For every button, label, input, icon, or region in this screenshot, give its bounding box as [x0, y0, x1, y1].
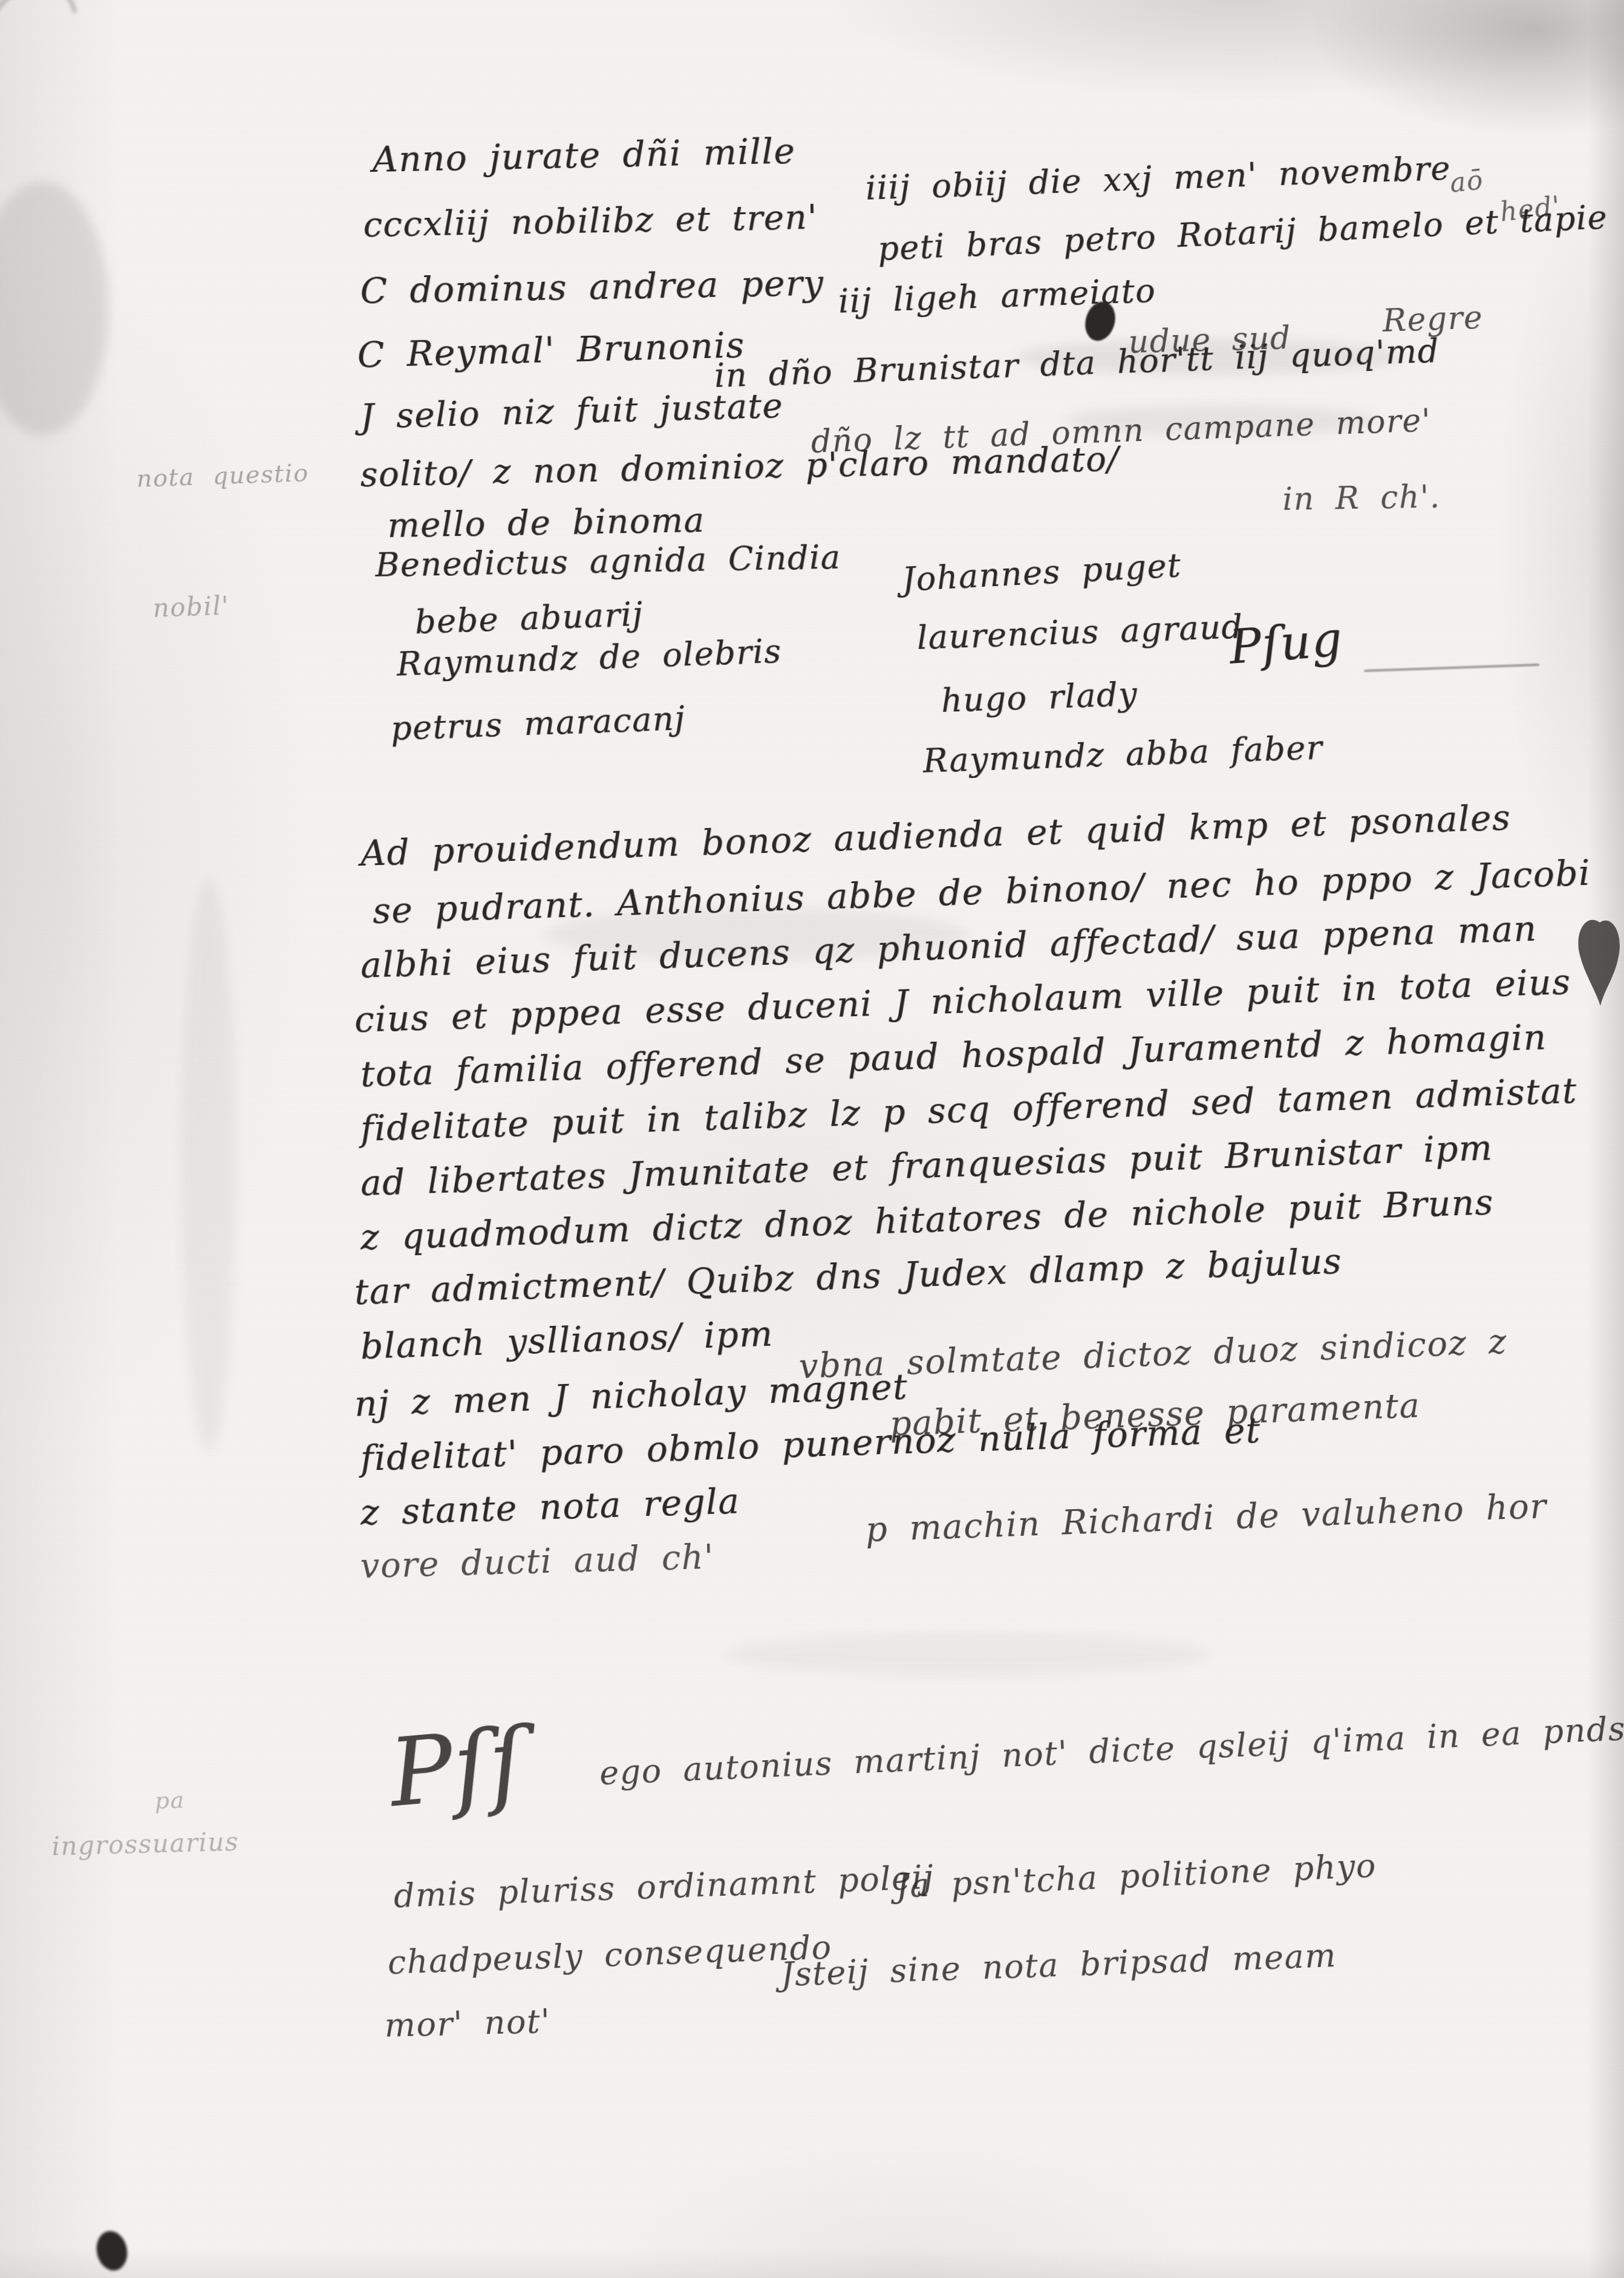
- witness-annotation-flourish: Pſug: [1228, 616, 1345, 671]
- witness-name: Raymundz de olebris: [396, 635, 782, 681]
- notary-subscription-line: dmis pluriss ordinamnt poleij: [393, 1861, 934, 1913]
- right-edge-shading: [1588, 0, 1624, 2278]
- header-line: cccxliij nobilibz et tren': [363, 201, 818, 243]
- witness-name: laurencius agraud: [916, 610, 1244, 654]
- body-line: z stante nota regla: [360, 1483, 740, 1530]
- body-line: p machin Richardi de valuheno hor: [865, 1490, 1547, 1547]
- header-line: iiij obiij die xxj men' novembre: [865, 152, 1452, 205]
- notary-paraph: Pſſ: [386, 1715, 529, 1821]
- notary-subscription-line: Ja psn'tcha politione phyo: [895, 1849, 1377, 1903]
- manuscript-scan-page: Anno jurate dñi mille iiij obiij die xxj…: [0, 0, 1624, 2278]
- notary-subscription-line: chadpeusly consequendo: [387, 1931, 833, 1979]
- ink-blot-right-margin: [1573, 916, 1624, 1013]
- body-line: fidelitat' paro obmlo punernoz nulla for…: [360, 1412, 1261, 1476]
- body-line: nj z men J nicholay magnet: [354, 1369, 908, 1421]
- header-line: solito/ z non dominioz p'claro mandato/: [360, 443, 1120, 492]
- witness-name: hugo rlady: [941, 678, 1138, 717]
- header-line: Benedictus agnida Cindia: [375, 541, 841, 582]
- witness-name: bebe abuarij: [414, 598, 644, 639]
- header-line: J selio niz fuit justate: [360, 390, 784, 434]
- bleedthrough-streak: [181, 877, 236, 1452]
- header-line: in R ch'.: [1282, 481, 1441, 515]
- notary-subscription-line: Jsteij sine nota bripsad meam: [780, 1939, 1337, 1991]
- header-line: mello de binoma: [387, 504, 705, 543]
- margin-note: nobil': [152, 593, 230, 621]
- header-line: C dominus andrea pery: [360, 266, 824, 308]
- notary-subscription-line: mor' not': [384, 2005, 551, 2042]
- bottom-edge-shading: [0, 2248, 1624, 2278]
- witness-name: petrus maracanj: [390, 702, 686, 745]
- flourish-dash: [1364, 664, 1539, 672]
- witness-name: Johannes puget: [901, 549, 1182, 596]
- header-line: peti bras petro Rotarij bamelo et tapie: [877, 201, 1608, 266]
- left-edge-shading: [0, 0, 121, 2278]
- body-line: blanch ysllianos/ ipm: [360, 1316, 774, 1364]
- margin-note: pa: [154, 1788, 185, 1812]
- header-line: in dño Brunistar dta hor'tt iij quoq'md: [714, 335, 1440, 393]
- notary-subscription-line: ego autonius martinj not' dicte qsleij q…: [599, 1710, 1624, 1790]
- margin-note: ingrossuarius: [51, 1829, 240, 1859]
- header-line: C Reymal' Brunonis: [357, 327, 745, 373]
- bleedthrough-streak: [726, 1633, 1210, 1676]
- margin-note: nota questio: [136, 461, 309, 491]
- header-line: aō: [1449, 167, 1485, 197]
- body-line: vore ducti aud ch': [360, 1541, 715, 1584]
- witness-name: Raymundz abba faber: [922, 731, 1323, 778]
- header-line: Anno jurate dñi mille: [372, 133, 796, 177]
